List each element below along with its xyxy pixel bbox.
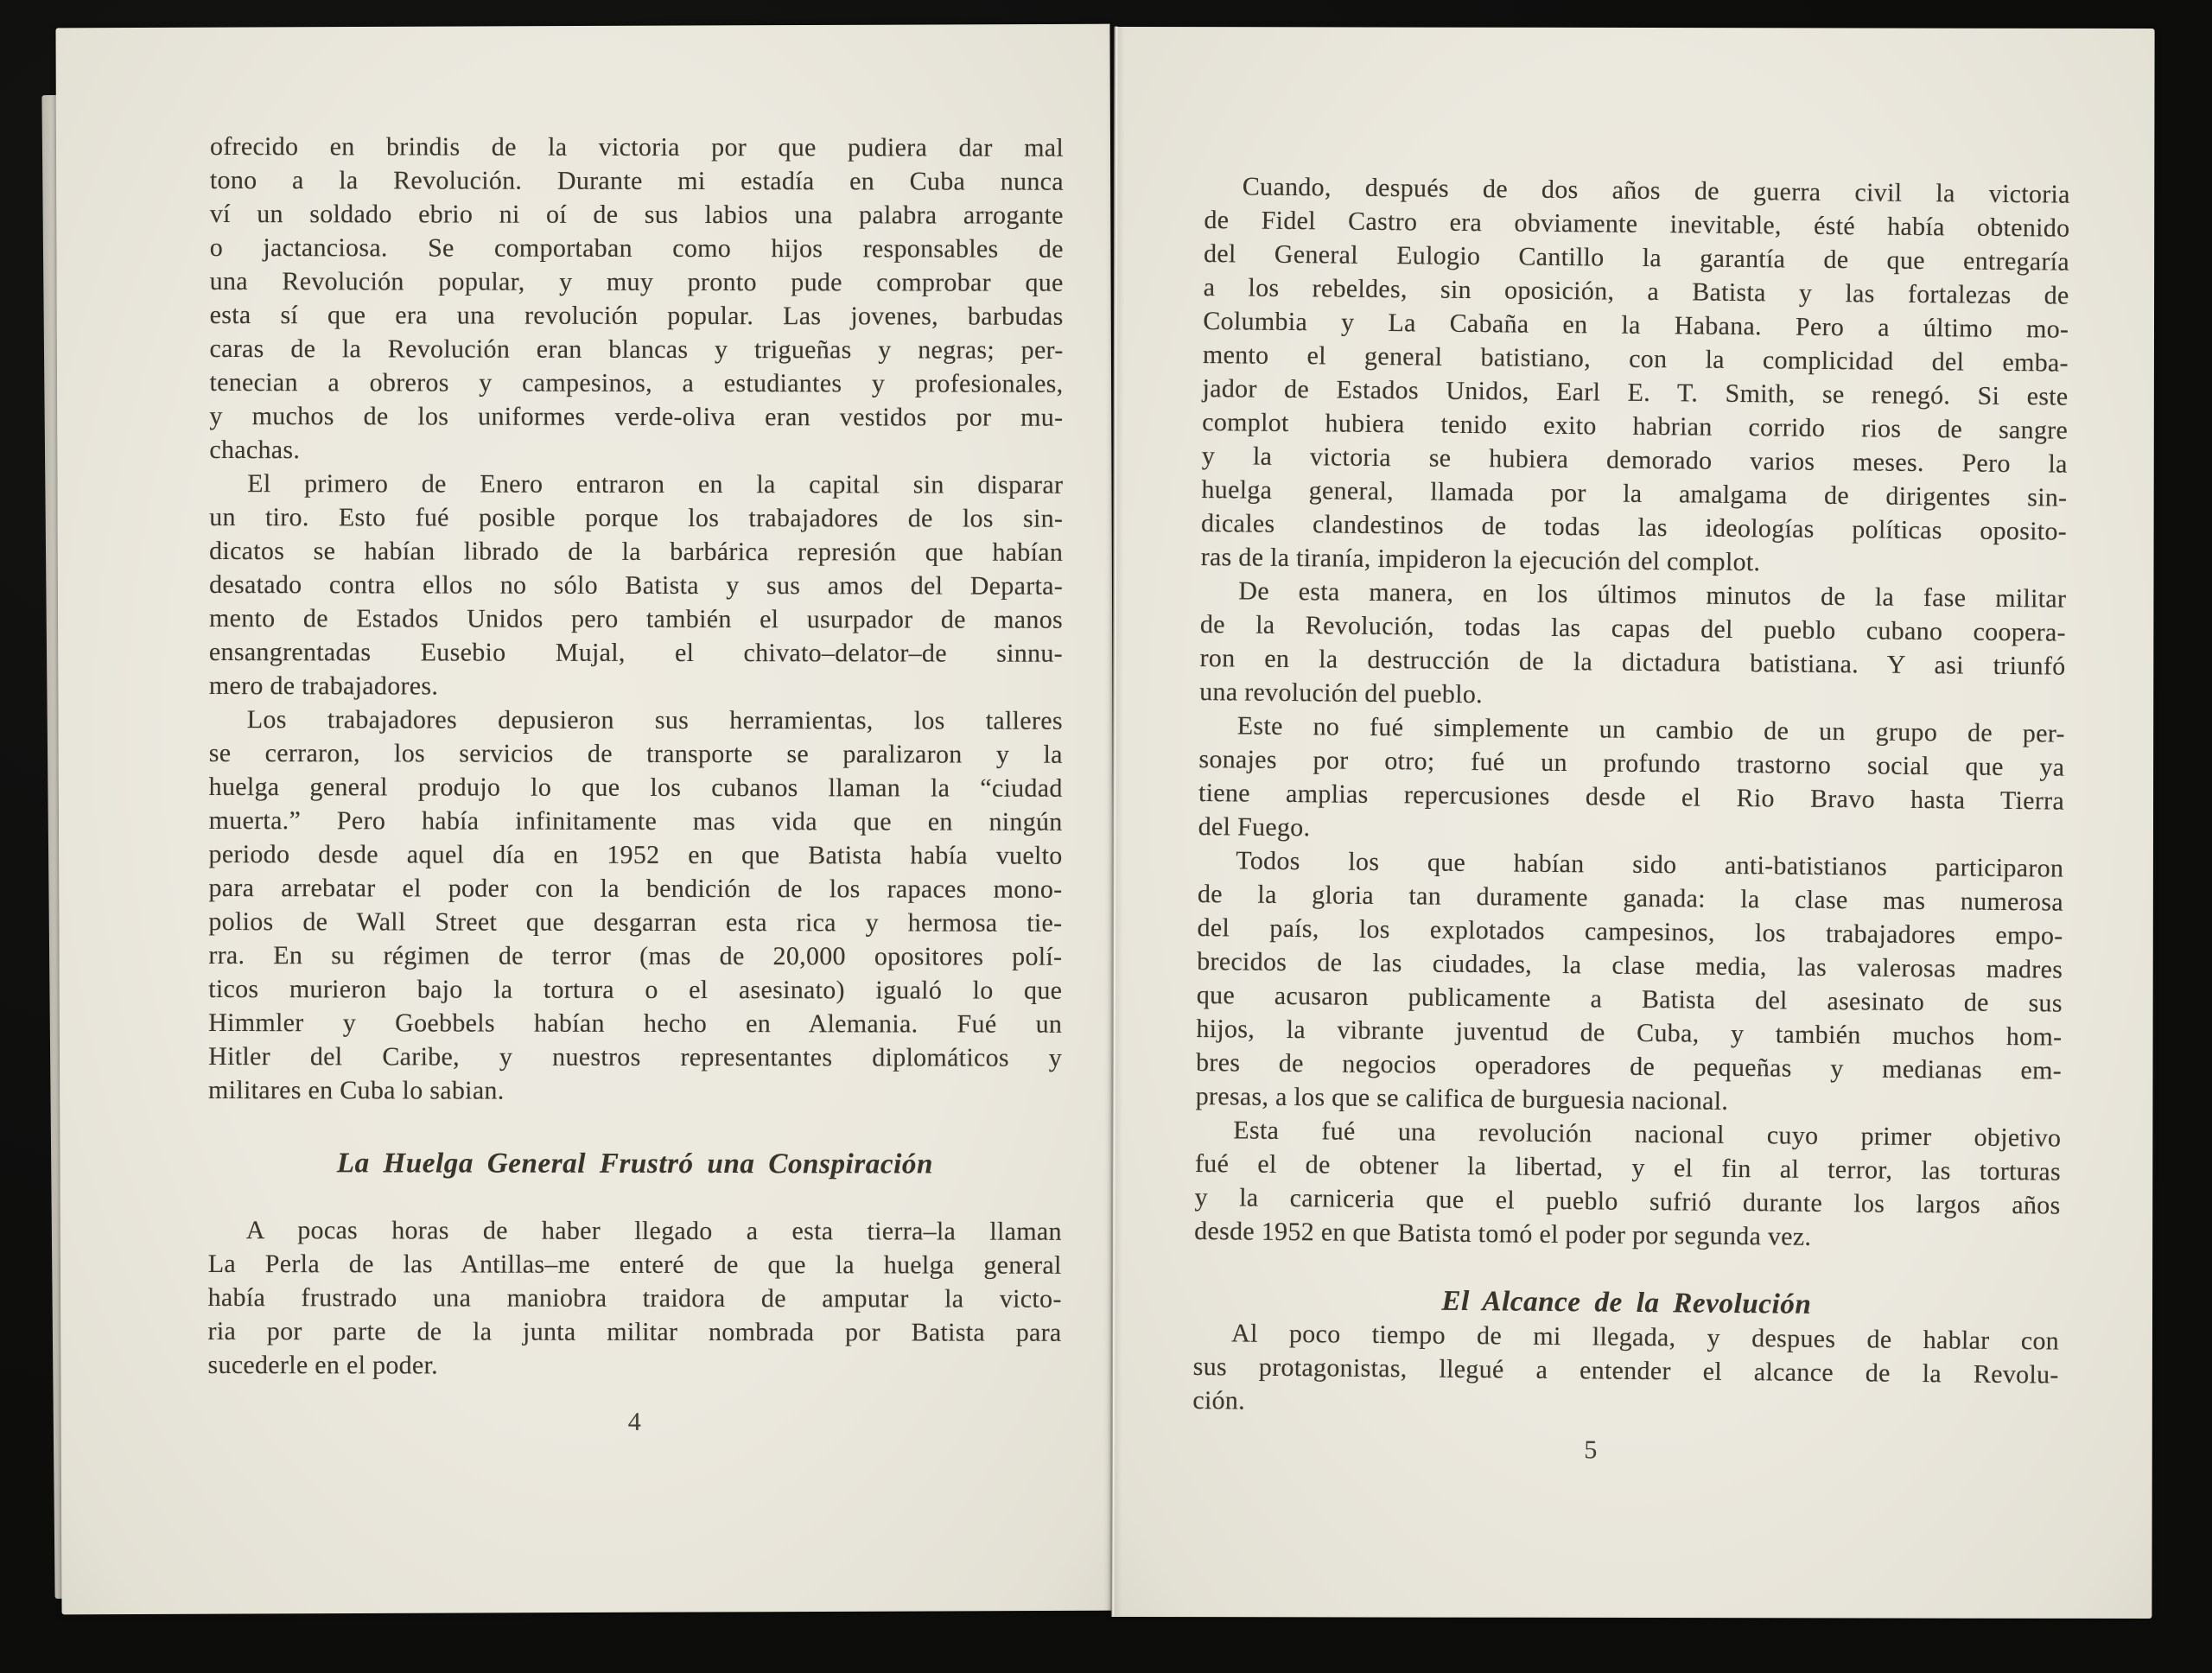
text-line: rra. En su régimen de terror (mas de 20,… xyxy=(208,938,1062,974)
text-line: muerta.” Pero había infinitamente mas vi… xyxy=(209,804,1063,839)
text-line: o jactanciosa. Se comportaban como hijos… xyxy=(210,231,1064,266)
text-line: ví un soldado ebrio ni oí de sus labios … xyxy=(210,197,1064,232)
text-line: esta sí que era una revolución popular. … xyxy=(210,298,1064,334)
text-line: para arrebatar el poder con la bendición… xyxy=(208,871,1062,906)
text-line: polios de Wall Street que desgarran esta… xyxy=(208,905,1062,940)
text-line: había frustrado una maniobra traidora de… xyxy=(208,1281,1062,1316)
text-line: A pocas horas de haber llegado a esta ti… xyxy=(208,1213,1062,1249)
text-line: dicatos se habían librado de la barbáric… xyxy=(209,534,1063,569)
text-line: Hitler del Caribe, y nuestros representa… xyxy=(208,1040,1062,1075)
text-line: periodo desde aquel día en 1952 en que B… xyxy=(209,837,1063,873)
left-page-lines: ofrecido en brindis de la victoria por q… xyxy=(207,130,1064,1384)
section-heading: La Huelga General Frustró una Conspiraci… xyxy=(208,1147,1062,1182)
text-line: huelga general produjo lo que los cubano… xyxy=(209,770,1063,805)
text-line: y muchos de los uniformes verde-oliva er… xyxy=(209,399,1063,435)
text-line: un tiro. Esto fué posible porque los tra… xyxy=(209,500,1063,536)
left-page-text: ofrecido en brindis de la victoria por q… xyxy=(207,130,1064,1440)
text-line: tenecian a obreros y campesinos, a estud… xyxy=(209,366,1063,401)
text-line: ria por parte de la junta militar nombra… xyxy=(208,1314,1062,1350)
text-line: mero de trabajadores. xyxy=(209,669,1063,704)
text-line: desatado contra ellos no sólo Batista y … xyxy=(209,568,1063,603)
text-line: El primero de Enero entraron en la capit… xyxy=(209,467,1063,502)
text-line: Himmler y Goebbels habían hecho en Alema… xyxy=(208,1006,1062,1041)
text-line: sucederle en el poder. xyxy=(207,1348,1061,1384)
text-line: ensangrentadas Eusebio Mujal, el chivato… xyxy=(209,635,1063,671)
page-number-left: 4 xyxy=(207,1404,1061,1440)
text-line: chachas. xyxy=(209,433,1063,468)
text-line: Los trabajadores depusieron sus herramie… xyxy=(209,703,1063,738)
text-line: ofrecido en brindis de la victoria por q… xyxy=(210,130,1064,165)
book-gutter-crease xyxy=(1103,26,1125,1616)
text-line: militares en Cuba lo sabian. xyxy=(208,1073,1062,1109)
text-line: se cerraron, los servicios de transporte… xyxy=(209,736,1063,772)
right-page-lines: Cuando, después de dos años de guerra ci… xyxy=(1192,169,2070,1426)
text-line: La Perla de las Antillas–me enteré de qu… xyxy=(208,1247,1062,1282)
text-line: una Revolución popular, y muy pronto pud… xyxy=(210,264,1064,300)
right-page-text: Cuando, después de dos años de guerra ci… xyxy=(1192,169,2070,1472)
text-line: ticos murieron bajo la tortura o el ases… xyxy=(208,972,1062,1008)
text-line: caras de la Revolución eran blancas y tr… xyxy=(210,332,1064,367)
text-line: mento de Estados Unidos pero también el … xyxy=(209,601,1063,637)
text-line: tono a la Revolución. Durante mi estadía… xyxy=(210,163,1064,199)
